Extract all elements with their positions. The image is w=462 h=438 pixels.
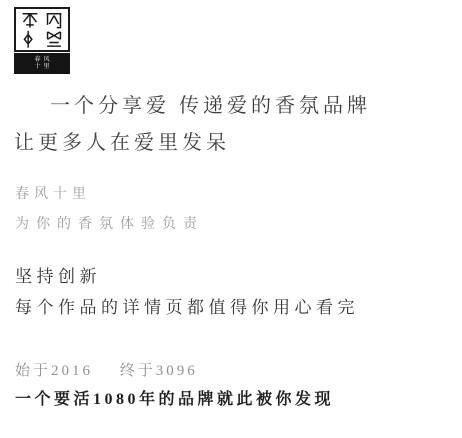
brand-name: 春风十里 [15,180,204,210]
timeline-end: 终于3096 [120,363,198,379]
innovation-block: 坚持创新 每个作品的详情页都值得你用心看完 [15,261,359,323]
hero-slogan-line2: 让更多人在爱里发呆 [14,125,456,162]
timeline-line: 始于2016 终于3096 [15,360,198,382]
innovation-heading: 坚持创新 [15,261,359,292]
brand-seal [14,7,70,52]
seal-band-line2: 十里 [31,64,52,71]
hero-slogan-line1: 一个分享爱 传递爱的香氛品牌 [14,88,456,125]
seal-glyph-shi-icon [19,30,41,49]
brand-story-page: 春风 十里 一个分享爱 传递爱的香氛品牌 让更多人在爱里发呆 春风十里 为你的香… [0,0,462,438]
hero-slogan: 一个分享爱 传递爱的香氛品牌 让更多人在爱里发呆 [14,88,456,162]
seal-glyph-chun-icon [19,11,41,30]
innovation-detail: 每个作品的详情页都值得你用心看完 [15,292,359,323]
seal-name-band: 春风 十里 [14,53,70,74]
brand-tagline: 为你的香氛体验负责 [15,210,204,240]
seal-band-line1: 春风 [31,57,52,64]
brand-intro: 春风十里 为你的香氛体验负责 [15,180,204,240]
seal-glyph-li-icon [43,30,65,49]
timeline-start: 始于2016 [15,363,93,379]
brand-logo: 春风 十里 [14,7,70,74]
seal-glyph-feng-icon [43,11,65,30]
brand-statement: 一个要活1080年的品牌就此被你发现 [15,388,334,412]
